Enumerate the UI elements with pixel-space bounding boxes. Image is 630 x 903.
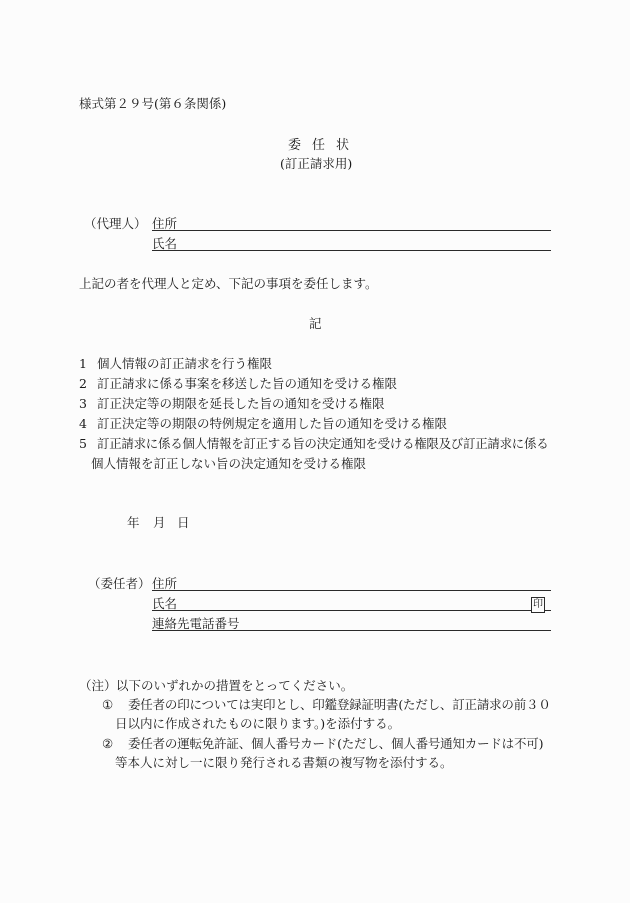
note-text-continuation: 等本人に対し一に限り発行される書類の複写物を添付する。 (115, 757, 453, 770)
note-text-continuation: 日以内に作成されたものに限ります。)を添付する。 (115, 718, 400, 731)
note-text: 委任者の運転免許証、個人番号カード(ただし、個人番号通知カードは不可) (128, 738, 543, 751)
agent-address-field[interactable] (152, 230, 551, 231)
delegator-name-field[interactable] (152, 610, 551, 611)
delegator-label: （委任者） (88, 578, 151, 591)
delegator-address-label: 住所 (152, 578, 177, 591)
agent-address-label: 住所 (152, 218, 177, 231)
item-text: 訂正決定等の期限の特例規定を適用した旨の通知を受ける権限 (97, 418, 447, 431)
agent-name-label: 氏名 (152, 238, 177, 251)
document-subtitle: (訂正請求用) (280, 158, 352, 171)
delegator-phone-field[interactable] (152, 630, 551, 631)
agent-label: （代理人） (84, 218, 147, 231)
item-number: 3 (79, 398, 87, 411)
item-number: 5 (79, 438, 87, 451)
delegator-phone-label: 連絡先電話番号 (152, 618, 240, 631)
seal-mark: 印 (531, 597, 545, 613)
delegator-address-field[interactable] (152, 590, 551, 591)
notes-label: （注） (79, 680, 117, 693)
item-text: 訂正請求に係る個人情報を訂正する旨の決定通知を受ける権限及び訂正請求に係る (97, 438, 548, 451)
form-number: 様式第２９号(第６条関係) (79, 98, 226, 111)
notes-intro: 以下のいずれかの措置をとってください。 (116, 680, 353, 693)
note-mark: ① (102, 699, 113, 712)
year-label: 年 (127, 517, 140, 530)
delegator-name-label: 氏名 (152, 598, 177, 611)
item-number: 4 (79, 418, 87, 431)
agent-name-field[interactable] (152, 250, 551, 251)
item-number: 2 (79, 378, 87, 391)
day-label: 日 (177, 517, 190, 530)
item-text: 訂正請求に係る事案を移送した旨の通知を受ける権限 (97, 378, 397, 391)
item-text-continuation: 個人情報を訂正しない旨の決定通知を受ける権限 (91, 458, 366, 471)
delegation-statement: 上記の者を代理人と定め、下記の事項を委任します。 (79, 278, 378, 291)
note-text: 委任者の印については実印とし、印鑑登録証明書(ただし、訂正請求の前３０ (128, 699, 551, 712)
document-title: 委任状 (288, 139, 360, 152)
item-text: 訂正決定等の期限を延長した旨の通知を受ける権限 (97, 398, 385, 411)
item-text: 個人情報の訂正請求を行う権限 (97, 358, 272, 371)
item-number: 1 (79, 358, 87, 371)
note-mark: ② (102, 738, 113, 751)
month-label: 月 (153, 517, 166, 530)
ki-heading: 記 (309, 318, 322, 331)
